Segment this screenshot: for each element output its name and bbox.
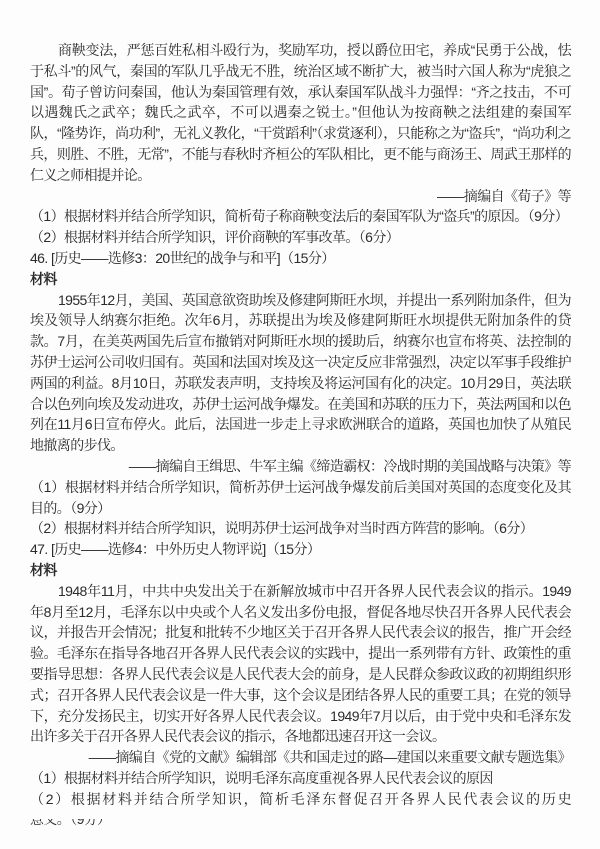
q47-question-2-cutoff-text: 意义。（9分） <box>30 809 111 830</box>
q47-material-label: 材料 <box>30 560 571 581</box>
q45-question-2: （2）根据材料并结合所学知识，评价商鞅的军事改革。（6分） <box>30 227 571 248</box>
q47-question-2-text: （2）根据材料并结合所学知识，简析毛泽东督促召开各界人民代表会议的历史 <box>30 791 571 807</box>
q47-material-paragraph: 1948年11月，中共中央发出关于在新解放城市中召开各界人民代表会议的指示。19… <box>30 581 571 747</box>
q46-material-paragraph: 1955年12月，美国、英国意欲资助埃及修建阿斯旺水坝，并提出一系列附加条件，但… <box>30 290 571 456</box>
q47-citation: ——摘编自《党的文献》编辑部《共和国走过的路—建国以来重要文献专题选集》 <box>30 747 571 768</box>
q47-question-2: （2）根据材料并结合所学知识，简析毛泽东督促召开各界人民代表会议的历史意义。（9… <box>30 789 571 831</box>
q45-citation: ——摘编自《荀子》等 <box>30 186 571 207</box>
q45-material-paragraph: 商鞅变法，严惩百姓私相斗殴行为，奖励军功，授以爵位田宅，养成“民勇于公战，怯于私… <box>30 40 571 186</box>
q46-question-2: （2）根据材料并结合所学知识，说明苏伊士运河战争对当时西方阵营的影响。（6分） <box>30 518 571 539</box>
q46-material-label: 材料 <box>30 269 571 290</box>
q46-citation: ——摘编自王缉思、牛军主编《缔造霸权：冷战时期的美国战略与决策》等 <box>30 456 571 477</box>
q45-question-1: （1）根据材料并结合所学知识，简析荀子称商鞅变法后的秦国军队为“盗兵”的原因。（… <box>30 206 571 227</box>
exam-document-page: 商鞅变法，严惩百姓私相斗殴行为，奖励军功，授以爵位田宅，养成“民勇于公战，怯于私… <box>0 0 600 849</box>
q47-heading: 47. [历史——选修4：中外历史人物评说]（15分） <box>30 539 571 560</box>
q47-question-1: （1）根据材料并结合所学知识，说明毛泽东高度重视各界人民代表会议的原因 <box>30 768 571 789</box>
q46-question-1: （1）根据材料并结合所学知识，简析苏伊士运河战争爆发前后美国对英国的态度变化及其… <box>30 477 571 519</box>
q46-heading: 46. [历史——选修3：20世纪的战争与和平]（15分） <box>30 248 571 269</box>
